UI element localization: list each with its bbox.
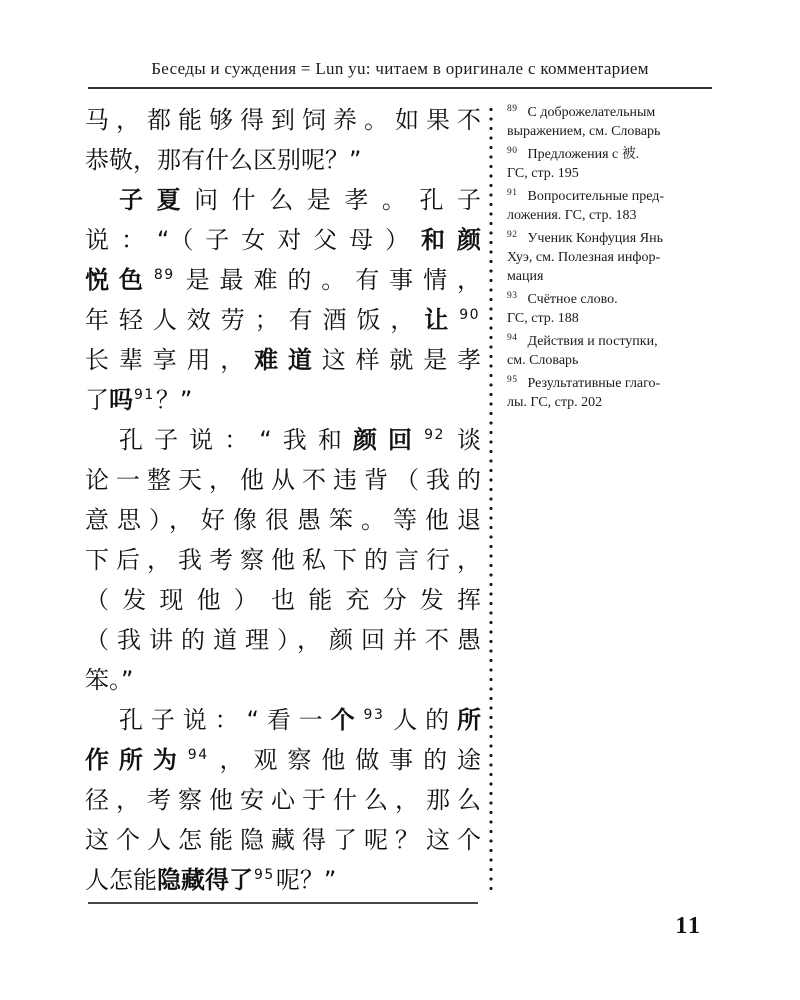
footnote: 94Действия и поступки, см. Словарь	[507, 332, 719, 370]
footnote-number: 89	[507, 104, 518, 114]
footnote: 90Предложения с 被. ГС, стр. 195	[507, 145, 719, 183]
footnote-text: С доброжелательным выражением, см. Слова…	[507, 105, 660, 139]
text-run: 论一整天，他从不违背（我的	[85, 466, 481, 494]
emphasized-text-run: 子夏	[119, 186, 194, 214]
emphasized-text-run: 难道	[254, 346, 322, 374]
footnote-number: 94	[507, 333, 518, 343]
text-run: 马，都能够得到饲养。如果不	[85, 106, 481, 134]
text-run: （我讲的道理），颜回并不愚	[85, 626, 481, 654]
footnote-number: 95	[507, 375, 518, 385]
footnote: 95Результативные глаго- лы. ГС, стр. 202	[507, 374, 719, 412]
text-line: 了吗91？”	[85, 380, 481, 420]
main-text-column: 马，都能够得到饲养。如果不恭敬，那有什么区别呢？”子夏问什么是孝。孔子说：“（子…	[85, 100, 481, 900]
text-run: 是最难的。有事情，	[176, 266, 481, 294]
text-run: 呢？”	[276, 866, 336, 894]
footnote-reference: 90	[459, 307, 480, 323]
text-run: 问什么是孝。孔子	[194, 186, 481, 214]
text-line: 马，都能够得到饲养。如果不	[85, 100, 481, 140]
emphasized-text-run: 吗	[109, 386, 133, 414]
text-run: 长辈享用，	[85, 346, 254, 374]
emphasized-text-run: 个	[331, 706, 363, 734]
book-page: Беседы и суждения = Lun yu: читаем в ори…	[0, 0, 800, 1000]
footnotes-column: 89С доброжелательным выражением, см. Сло…	[507, 103, 719, 416]
text-run: 笨。”	[85, 666, 133, 694]
text-line: 恭敬，那有什么区别呢？”	[85, 140, 481, 180]
dotted-divider	[489, 105, 493, 895]
footnote-number: 92	[507, 230, 518, 240]
footnote-reference: 91	[134, 387, 155, 403]
text-line: 人怎能隐藏得了95呢？”	[85, 860, 481, 900]
text-line: 悦色89是最难的。有事情，	[85, 260, 481, 300]
text-line: 说：“（子女对父母）和颜	[85, 220, 481, 260]
footnote: 91Вопросительные пред- ложения. ГС, стр.…	[507, 187, 719, 225]
footnote-number: 91	[507, 188, 518, 198]
footnote-number: 90	[507, 146, 518, 156]
page-number: 11	[640, 913, 702, 940]
text-run: 意思），好像很愚笨。等他退	[85, 506, 481, 534]
text-line: 子夏问什么是孝。孔子	[85, 180, 481, 220]
footnote-text: Действия и поступки, см. Словарь	[507, 334, 658, 368]
text-run: 人怎能	[85, 866, 157, 894]
text-run: 下后，我考察他私下的言行，	[85, 546, 481, 574]
text-line: （发现他）也能充分发挥	[85, 580, 481, 620]
text-run: 孔子说：“我和	[119, 426, 353, 454]
text-run: 了	[85, 386, 109, 414]
footnote-text: Предложения с 被. ГС, стр. 195	[507, 147, 639, 181]
text-run: （发现他）也能充分发挥	[85, 586, 481, 614]
text-run: 孔子说：“看一	[119, 706, 331, 734]
text-run: ？”	[156, 386, 192, 414]
emphasized-text-run: 所	[457, 706, 481, 734]
emphasized-text-run: 隐藏得了	[157, 866, 253, 894]
emphasized-text-run: 让	[424, 306, 458, 334]
footnote-text: Ученик Конфуция Янь Хуэ, см. Полезная ин…	[507, 231, 663, 284]
footnote-reference: 89	[154, 267, 175, 283]
text-line: 年轻人效劳；有酒饭，让90	[85, 300, 481, 340]
text-line: （我讲的道理），颜回并不愚	[85, 620, 481, 660]
text-line: 孔子说：“看一个93人的所	[85, 700, 481, 740]
text-line: 论一整天，他从不违背（我的	[85, 460, 481, 500]
text-run: 年轻人效劳；有酒饭，	[85, 306, 424, 334]
footnote-text: Счётное слово. ГС, стр. 188	[507, 292, 618, 326]
text-line: 意思），好像很愚笨。等他退	[85, 500, 481, 540]
emphasized-text-run: 作所为	[85, 746, 187, 774]
text-line: 笨。”	[85, 660, 481, 700]
footnote-number: 93	[507, 291, 518, 301]
text-run: 径，考察他安心于什么，那么	[85, 786, 481, 814]
text-run: 人的	[385, 706, 457, 734]
bottom-rule	[88, 902, 478, 904]
footnote: 92Ученик Конфуция Янь Хуэ, см. Полезная …	[507, 229, 719, 286]
footnote-reference: 93	[364, 707, 385, 723]
text-line: 作所为94，观察他做事的途	[85, 740, 481, 780]
footnote: 89С доброжелательным выражением, см. Сло…	[507, 103, 719, 141]
text-line: 孔子说：“我和颜回92谈	[85, 420, 481, 460]
running-title: Беседы и суждения = Lun yu: читаем в ори…	[88, 59, 712, 79]
text-run: 这个人怎能隐藏得了呢？这个	[85, 826, 481, 854]
emphasized-text-run: 颜回	[353, 426, 423, 454]
emphasized-text-run: 和颜	[421, 226, 481, 254]
text-line: 径，考察他安心于什么，那么	[85, 780, 481, 820]
text-run: 说：“（子女对父母）	[85, 226, 421, 254]
footnote-text: Вопросительные пред- ложения. ГС, стр. 1…	[507, 189, 664, 223]
header-rule	[88, 87, 712, 89]
emphasized-text-run: 悦色	[85, 266, 153, 294]
text-line: 这个人怎能隐藏得了呢？这个	[85, 820, 481, 860]
text-run: ，观察他做事的途	[210, 746, 481, 774]
footnote-reference: 94	[188, 747, 209, 763]
text-line: 下后，我考察他私下的言行，	[85, 540, 481, 580]
footnote-reference: 92	[424, 427, 445, 443]
text-run: 这样就是孝	[322, 346, 481, 374]
text-run: 恭敬，那有什么区别呢？”	[85, 146, 361, 174]
footnote-reference: 95	[254, 867, 275, 883]
text-line: 长辈享用，难道这样就是孝	[85, 340, 481, 380]
footnote: 93Счётное слово. ГС, стр. 188	[507, 290, 719, 328]
footnote-text: Результативные глаго- лы. ГС, стр. 202	[507, 376, 660, 410]
text-run: 谈	[446, 426, 481, 454]
